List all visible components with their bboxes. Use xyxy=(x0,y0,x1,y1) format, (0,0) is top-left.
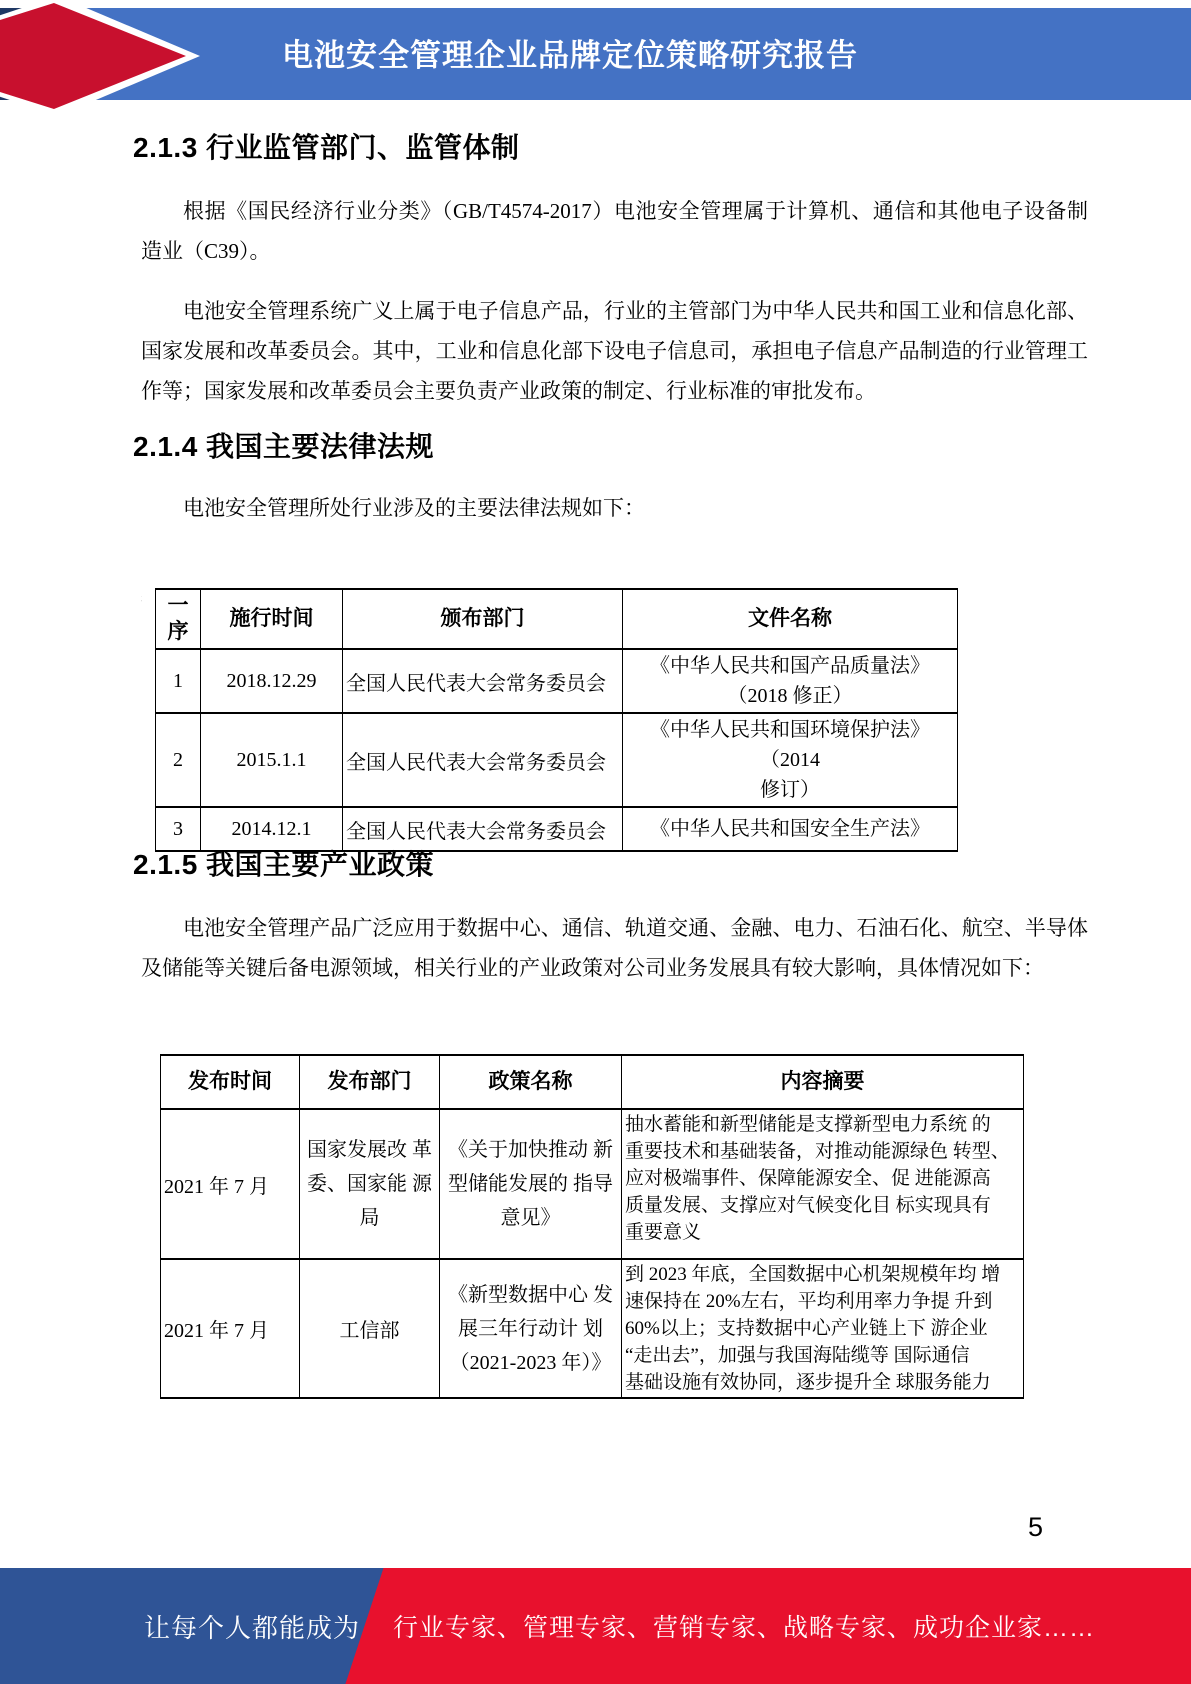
column-header-seq: 一 序 xyxy=(156,589,201,649)
cell-publish-body: 工信部 xyxy=(300,1259,440,1398)
column-header-summary: 内容摘要 xyxy=(622,1055,1024,1109)
table-row: 2 2015.1.1 全国人民代表大会常务委员会 《中华人民共和国环境保护法》 … xyxy=(156,713,958,807)
cell-document: 《中华人民共和国产品质量法》 （2018 修正） xyxy=(623,649,958,713)
cell-seq: 2 xyxy=(156,713,201,807)
report-page: 电池安全管理企业品牌定位策略研究报告 2.1.3 行业监管部门、监管体制 根据《… xyxy=(0,0,1191,1684)
footer-slogan-right: 行业专家、管理专家、营销专家、战略专家、成功企业家…… xyxy=(393,1608,1095,1644)
clipped-text-fragment: 扌 xyxy=(141,583,152,635)
section-heading-2-1-3: 2.1.3 行业监管部门、监管体制 xyxy=(133,126,520,166)
table-row: 1 2018.12.29 全国人民代表大会常务委员会 《中华人民共和国产品质量法… xyxy=(156,649,958,713)
column-header-publish-body: 发布部门 xyxy=(300,1055,440,1109)
footer-slogan-left: 让每个人都能成为 xyxy=(144,1608,360,1645)
cell-date: 2015.1.1 xyxy=(201,713,343,807)
cell-publish-date: 2021 年 7 月 xyxy=(161,1109,300,1259)
report-title: 电池安全管理企业品牌定位策略研究报告 xyxy=(0,30,1140,75)
column-header-document-name: 文件名称 xyxy=(623,589,958,649)
column-header-policy-name: 政策名称 xyxy=(440,1055,622,1109)
cell-summary: 到 2023 年底，全国数据中心机架规模年均 增 速保持在 20%左右，平均利用… xyxy=(622,1259,1024,1398)
paragraph-policy-intro: 电池安全管理产品广泛应用于数据中心、通信、轨道交通、金融、电力、石油石化、航空、… xyxy=(141,908,1088,988)
paragraph-regulators: 电池安全管理系统广义上属于电子信息产品，行业的主管部门为中华人民共和国工业和信息… xyxy=(141,291,1088,411)
page-number: 5 xyxy=(1028,1512,1043,1543)
cell-seq: 1 xyxy=(156,649,201,713)
table-header-row: 发布时间 发布部门 政策名称 内容摘要 xyxy=(161,1055,1024,1109)
paragraph-industry-classification: 根据《国民经济行业分类》（GB/T4574-2017）电池安全管理属于计算机、通… xyxy=(141,191,1088,271)
cell-document: 《中华人民共和国环境保护法》 （2014 修订） xyxy=(623,713,958,807)
footer: 让每个人都能成为 行业专家、管理专家、营销专家、战略专家、成功企业家…… xyxy=(0,1568,1191,1684)
industry-policy-table: 发布时间 发布部门 政策名称 内容摘要 2021 年 7 月 国家发展改 革 委… xyxy=(160,1054,1024,1399)
cell-date: 2018.12.29 xyxy=(201,649,343,713)
column-header-effective-date: 施行时间 xyxy=(201,589,343,649)
paragraph-legal-intro: 电池安全管理所处行业涉及的主要法律法规如下： xyxy=(141,488,1088,528)
cell-document: 《中华人民共和国安全生产法》 xyxy=(623,807,958,851)
table-row: 2021 年 7 月 国家发展改 革 委、国家能 源 局 《关于加快推动 新 型… xyxy=(161,1109,1024,1259)
column-header-issuing-body: 颁布部门 xyxy=(343,589,623,649)
cell-issuer: 全国人民代表大会常务委员会 xyxy=(343,713,623,807)
cell-policy-name: 《关于加快推动 新 型储能发展的 指导 意见》 xyxy=(440,1109,622,1259)
cell-publish-date: 2021 年 7 月 xyxy=(161,1259,300,1398)
column-header-publish-date: 发布时间 xyxy=(161,1055,300,1109)
section-heading-2-1-4: 2.1.4 我国主要法律法规 xyxy=(133,425,434,465)
cell-summary: 抽水蓄能和新型储能是支撑新型电力系统 的 重要技术和基础装备，对推动能源绿色 转… xyxy=(622,1109,1024,1259)
legal-regulations-table: 一 序 施行时间 颁布部门 文件名称 1 2018.12.29 全国人民代表大会… xyxy=(155,588,958,852)
section-heading-2-1-5: 2.1.5 我国主要产业政策 xyxy=(133,843,434,883)
cell-publish-body: 国家发展改 革 委、国家能 源 局 xyxy=(300,1109,440,1259)
table-header-row: 一 序 施行时间 颁布部门 文件名称 xyxy=(156,589,958,649)
cell-issuer: 全国人民代表大会常务委员会 xyxy=(343,649,623,713)
table-row: 2021 年 7 月 工信部 《新型数据中心 发 展三年行动计 划 （2021-… xyxy=(161,1259,1024,1398)
cell-policy-name: 《新型数据中心 发 展三年行动计 划 （2021-2023 年）》 xyxy=(440,1259,622,1398)
